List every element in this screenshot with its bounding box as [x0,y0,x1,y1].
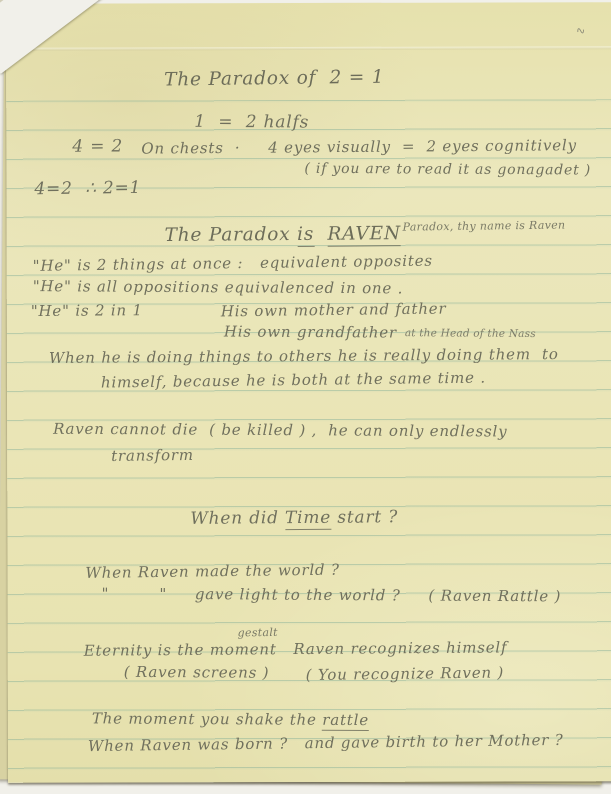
line-doing-things-1: When he is doing things to others he is … [49,346,559,367]
time-heading-pre: When did [190,508,285,529]
time-heading-post: start ? [331,507,398,528]
line-made-world: When Raven made the world ? [85,562,340,582]
shake-pre: The moment you shake the [92,709,323,728]
line-he-oppositions: "He" is all oppositions equivalenced in … [33,278,404,297]
line-raven-born: When Raven was born ? and gave birth to … [88,732,564,755]
line-cannot-die-1: Raven cannot die ( be killed ) , he can … [53,421,507,440]
is-underlined: is [297,224,314,247]
raven-underlined: RAVEN [327,223,401,247]
notebook-page: ∿ The Paradox of 2 = 1 1 = 2 halfs 4 = 2… [6,2,611,783]
margin-note-thy-name: Paradox, thy name is Raven [402,219,565,233]
line-cannot-die-2: transform [111,447,194,465]
line-on-chests-eyes: On chests · 4 eyes visually = 2 eyes cog… [141,137,577,157]
insert-gestalt: gestalt [238,627,278,640]
heading-paradox-is-raven: The Paradox is RAVEN [165,224,401,246]
pencil-mark: ∿ [575,23,586,38]
line-halfs: 1 = 2 halfs [194,113,309,132]
line-therefore: 4=2 ∴ 2=1 [34,179,141,199]
line-he-two-in-one: "He" is 2 in 1 [31,302,143,319]
line-mother-father: His own mother and father [221,300,447,319]
line-grandfather: His own grandfather [224,323,397,341]
rattle-underlined: rattle [322,711,369,731]
line-gave-light: " " gave light to the world ? ( Raven Ra… [101,586,561,605]
note-title: The Paradox of 2 = 1 [164,68,384,91]
line-you-recognize: ( You recognize Raven ) [306,664,505,683]
line-head-of-nass: at the Head of the Nass [405,328,536,340]
line-doing-things-2: himself, because he is both at the same … [101,370,486,392]
line-shake-rattle: The moment you shake the rattle [92,710,369,728]
line-raven-screens: ( Raven screens ) [124,664,270,681]
line-four-eq-two: 4 = 2 [72,137,123,156]
heading-when-did-time-start: When did Time start ? [190,508,398,528]
paper-crease [6,46,611,51]
line-gonagadet: ( if you are to read it as gonagadet ) [304,162,591,179]
line-he-two-things: "He" is 2 things at once : equivalent op… [33,253,433,275]
heading-gap [314,224,328,245]
heading-pre: The Paradox [165,224,298,246]
line-eternity: Eternity is the moment Raven recognizes … [84,639,508,659]
time-underlined: Time [285,508,331,530]
scanned-note-page: ∿ The Paradox of 2 = 1 1 = 2 halfs 4 = 2… [0,0,611,794]
